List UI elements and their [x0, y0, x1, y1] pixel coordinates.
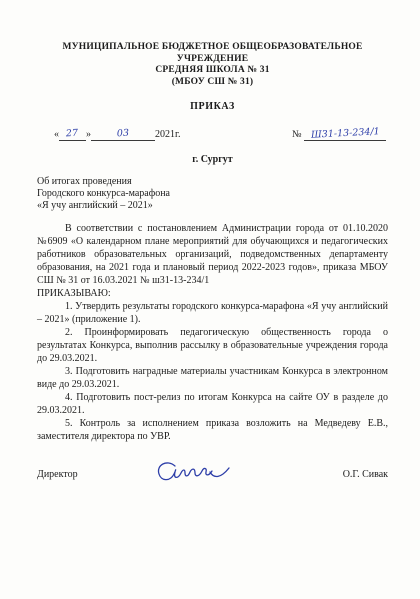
subject-line: «Я учу английский – 2021» [37, 200, 388, 212]
date-group: «27»032021г. [54, 129, 180, 141]
intro-paragraph: В соответствии с постановлением Админист… [37, 222, 388, 287]
document-type-title: ПРИКАЗ [37, 101, 388, 112]
number-group: № Ш31-13-234/1 [292, 129, 386, 141]
org-name-line: СРЕДНЯЯ ШКОЛА № 31 [37, 65, 388, 77]
date-month-blank: 03 [91, 130, 155, 141]
signer-role: Директор [37, 469, 132, 480]
org-name-line: МУНИЦИПАЛЬНОЕ БЮДЖЕТНОЕ ОБЩЕОБРАЗОВАТЕЛЬ… [37, 42, 388, 54]
order-item: 2. Проинформировать педагогическую общес… [37, 326, 388, 365]
city-line: г. Сургут [37, 154, 388, 165]
signer-name: О.Г. Сивак [308, 469, 388, 480]
document-page: МУНИЦИПАЛЬНОЕ БЮДЖЕТНОЕ ОБЩЕОБРАЗОВАТЕЛЬ… [0, 0, 420, 599]
handwritten-day: 27 [66, 129, 79, 140]
date-day-blank: 27 [59, 130, 86, 141]
subject-line: Городского конкурса-марафона [37, 188, 388, 200]
date-year: 2021г. [155, 129, 180, 140]
director-signature-icon [153, 459, 233, 489]
order-item: 4. Подготовить пост-релиз по итогам Конк… [37, 391, 388, 417]
order-word: ПРИКАЗЫВАЮ: [37, 287, 388, 300]
signature-row: Директор О.Г. Сивак [37, 459, 388, 489]
org-name-line: УЧРЕЖДЕНИЕ [37, 54, 388, 66]
handwritten-number: Ш31-13-234/1 [310, 127, 379, 141]
signature-area [132, 459, 308, 489]
order-item: 3. Подготовить наградные материалы участ… [37, 365, 388, 391]
org-header: МУНИЦИПАЛЬНОЕ БЮДЖЕТНОЕ ОБЩЕОБРАЗОВАТЕЛЬ… [37, 42, 388, 88]
order-item: 1. Утвердить результаты городского конку… [37, 300, 388, 326]
order-body: В соответствии с постановлением Админист… [37, 222, 388, 443]
subject-block: Об итогах проведения Городского конкурса… [37, 176, 388, 211]
date-and-number-row: «27»032021г. № Ш31-13-234/1 [37, 129, 388, 141]
org-name-line: (МБОУ СШ № 31) [37, 77, 388, 89]
number-label: № [292, 129, 302, 140]
number-blank: Ш31-13-234/1 [304, 130, 386, 141]
handwritten-month: 03 [117, 129, 130, 140]
subject-line: Об итогах проведения [37, 176, 388, 188]
order-item: 5. Контроль за исполнением приказа возло… [37, 417, 388, 443]
